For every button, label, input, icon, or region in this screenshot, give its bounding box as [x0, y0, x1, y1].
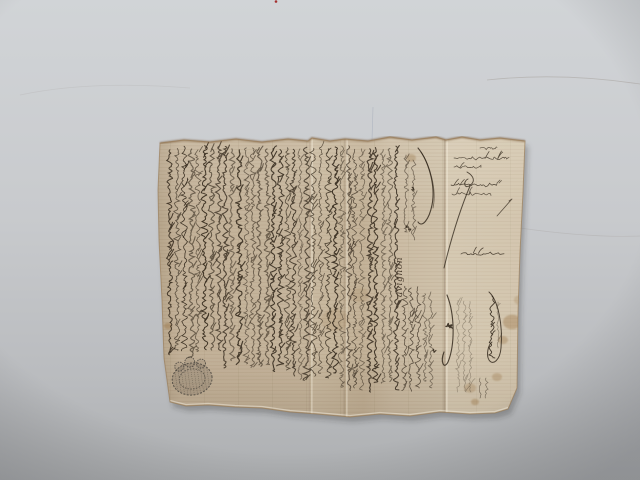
manuscript-photo-svg: avignon	[0, 0, 640, 480]
manuscript-photograph: avignon	[0, 0, 640, 480]
photo-vignette	[0, 0, 640, 480]
